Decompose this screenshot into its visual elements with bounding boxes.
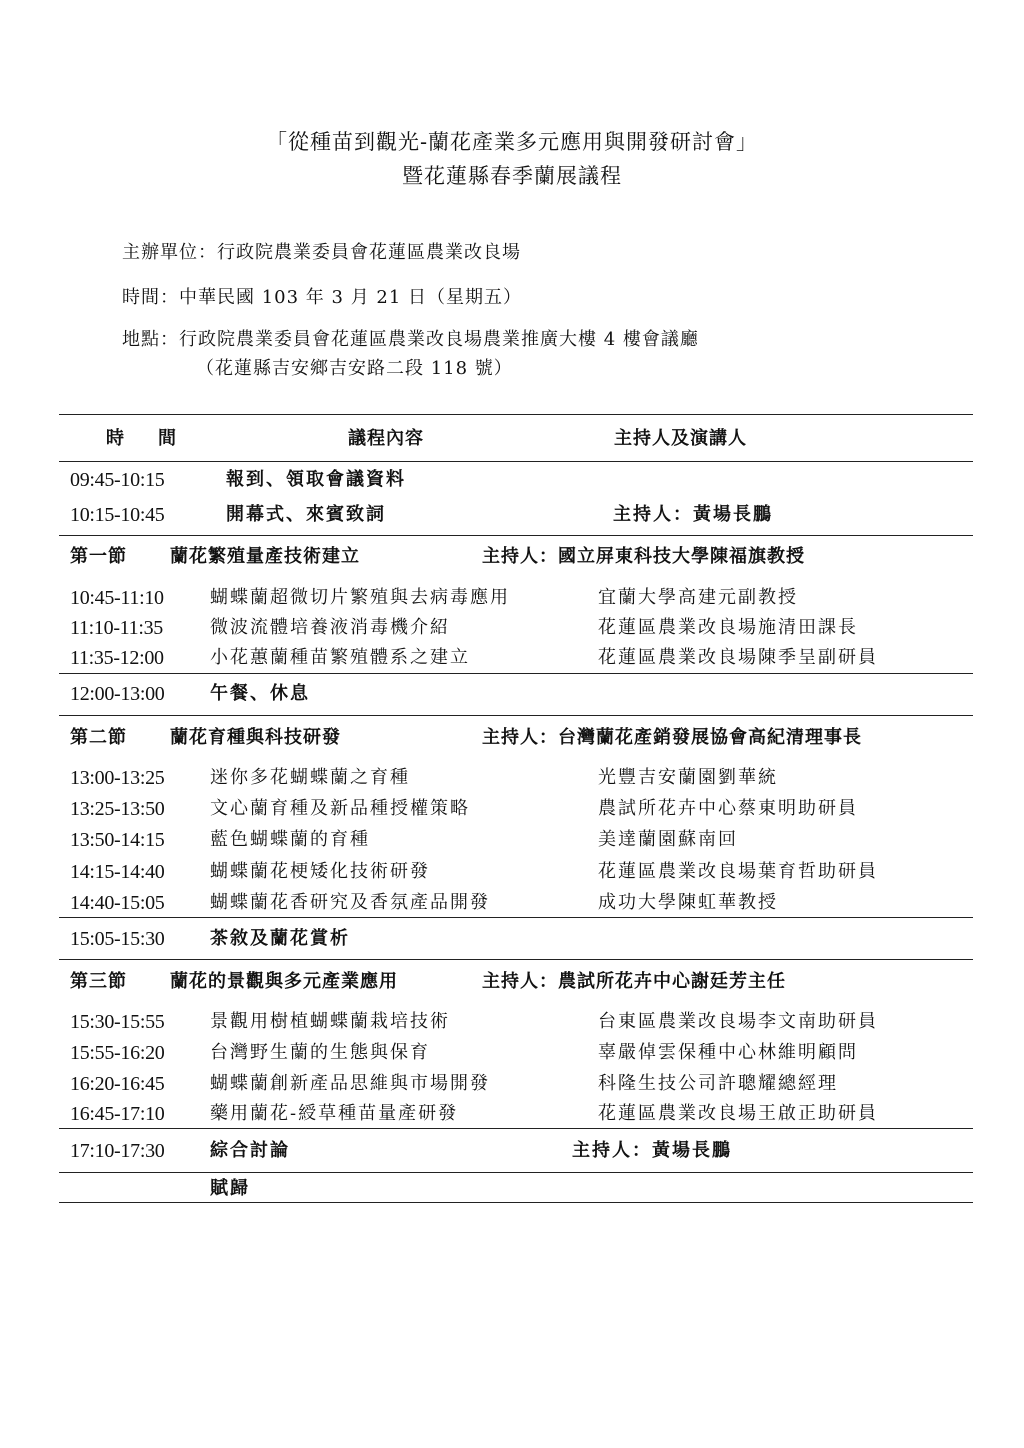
table-row: 10:15-10:45 開幕式、來賓致詞 主持人：黃場長鵬	[70, 500, 970, 530]
row-time: 15:05-15:30	[70, 924, 164, 954]
row-time: 15:30-15:55	[70, 1007, 164, 1037]
table-row: 13:50-14:15 藍色蝴蝶蘭的育種 美達蘭園蘇南回	[70, 825, 970, 855]
section-rule	[59, 959, 973, 960]
section-host: 主持人：國立屏東科技大學陳福旗教授	[482, 542, 805, 572]
row-speaker: 宜蘭大學高建元副教授	[598, 583, 798, 613]
table-row: 13:00-13:25 迷你多花蝴蝶蘭之育種 光豐吉安蘭園劉華統	[70, 763, 970, 793]
row-rule	[59, 1172, 973, 1173]
row-topic: 景觀用樹植蝴蝶蘭栽培技術	[210, 1007, 450, 1037]
section-number: 第一節	[70, 542, 127, 572]
row-speaker: 主持人：黃場長鵬	[572, 1136, 732, 1166]
row-rule	[59, 917, 973, 918]
row-topic: 微波流體培養液消毒機介紹	[210, 613, 450, 643]
row-speaker: 成功大學陳虹華教授	[598, 888, 778, 918]
table-row: 10:45-11:10 蝴蝶蘭超微切片繁殖與去病毒應用 宜蘭大學高建元副教授	[70, 583, 970, 613]
header-content: 議程內容	[348, 424, 424, 454]
table-row: 16:45-17:10 藥用蘭花-綬草種苗量產研發 花蓮區農業改良場王啟正助研員	[70, 1099, 970, 1129]
row-topic: 午餐、休息	[210, 679, 310, 709]
row-speaker: 科隆生技公司許聰耀總經理	[598, 1069, 838, 1099]
break-row: 15:05-15:30 茶敘及蘭花賞析	[70, 924, 970, 954]
row-speaker: 台東區農業改良場李文南助研員	[598, 1007, 878, 1037]
row-topic: 綜合討論	[210, 1136, 290, 1166]
row-speaker: 光豐吉安蘭園劉華統	[598, 763, 778, 793]
table-row: 15:55-16:20 台灣野生蘭的生態與保育 辜嚴倬雲保種中心林維明顧問	[70, 1038, 970, 1068]
row-time: 16:20-16:45	[70, 1069, 164, 1099]
closing-row: 17:10-17:30 綜合討論 主持人：黃場長鵬	[70, 1136, 970, 1166]
section-rule	[59, 715, 973, 716]
table-row: 09:45-10:15 報到、領取會議資料	[70, 465, 970, 495]
section-number: 第二節	[70, 723, 127, 753]
table-row: 11:10-11:35 微波流體培養液消毒機介紹 花蓮區農業改良場施清田課長	[70, 613, 970, 643]
row-speaker: 美達蘭園蘇南回	[598, 825, 738, 855]
row-rule	[59, 1128, 973, 1129]
row-topic: 迷你多花蝴蝶蘭之育種	[210, 763, 410, 793]
section-host: 主持人：台灣蘭花產銷發展協會高紀清理事長	[482, 723, 862, 753]
row-topic: 茶敘及蘭花賞析	[210, 924, 350, 954]
section-rule	[59, 535, 973, 536]
row-topic: 台灣野生蘭的生態與保育	[210, 1038, 430, 1068]
header-speaker: 主持人及演講人	[614, 424, 747, 454]
header-rule	[59, 461, 973, 462]
table-bottom-rule	[59, 1202, 973, 1203]
section-title: 蘭花的景觀與多元產業應用	[170, 967, 398, 997]
location-info: 地點：行政院農業委員會花蓮區農業改良場農業推廣大樓 4 樓會議廳	[122, 326, 699, 354]
row-time: 13:00-13:25	[70, 763, 164, 793]
time-info: 時間：中華民國 103 年 3 月 21 日（星期五）	[122, 284, 522, 312]
location-address: （花蓮縣吉安鄉吉安路二段 118 號）	[196, 355, 513, 383]
section-host: 主持人：農試所花卉中心謝廷芳主任	[482, 967, 786, 997]
row-topic: 賦歸	[210, 1174, 250, 1204]
break-row: 12:00-13:00 午餐、休息	[70, 679, 970, 709]
closing-row: 賦歸	[70, 1174, 970, 1204]
row-time: 10:15-10:45	[70, 500, 164, 530]
section-number: 第三節	[70, 967, 127, 997]
row-rule	[59, 673, 973, 674]
row-speaker: 花蓮區農業改良場施清田課長	[598, 613, 858, 643]
row-time: 10:45-11:10	[70, 583, 164, 613]
row-time: 14:15-14:40	[70, 857, 164, 887]
section-1-header: 第一節 蘭花繁殖量產技術建立 主持人：國立屏東科技大學陳福旗教授	[70, 542, 970, 572]
row-time: 13:25-13:50	[70, 794, 164, 824]
row-time: 15:55-16:20	[70, 1038, 164, 1068]
document-title-line2: 暨花蓮縣春季蘭展議程	[0, 160, 1024, 192]
row-topic: 開幕式、來賓致詞	[226, 500, 386, 530]
table-row: 15:30-15:55 景觀用樹植蝴蝶蘭栽培技術 台東區農業改良場李文南助研員	[70, 1007, 970, 1037]
document-title-line1: 「從種苗到觀光-蘭花產業多元應用與開發研討會」	[0, 126, 1024, 158]
row-time: 14:40-15:05	[70, 888, 164, 918]
row-topic: 報到、領取會議資料	[226, 465, 406, 495]
section-title: 蘭花繁殖量產技術建立	[170, 542, 360, 572]
row-speaker: 花蓮區農業改良場葉育哲助研員	[598, 857, 878, 887]
section-2-header: 第二節 蘭花育種與科技研發 主持人：台灣蘭花產銷發展協會高紀清理事長	[70, 723, 970, 753]
row-topic: 小花蕙蘭種苗繁殖體系之建立	[210, 643, 470, 673]
row-time: 16:45-17:10	[70, 1099, 164, 1129]
table-row: 14:40-15:05 蝴蝶蘭花香研究及香氛產品開發 成功大學陳虹華教授	[70, 888, 970, 918]
table-row: 11:35-12:00 小花蕙蘭種苗繁殖體系之建立 花蓮區農業改良場陳季呈副研員	[70, 643, 970, 673]
organizer-info: 主辦單位：行政院農業委員會花蓮區農業改良場	[122, 239, 521, 267]
row-time: 12:00-13:00	[70, 679, 164, 709]
row-topic: 蝴蝶蘭創新產品思維與市場開發	[210, 1069, 490, 1099]
row-speaker: 農試所花卉中心蔡東明助研員	[598, 794, 858, 824]
row-time: 11:10-11:35	[70, 613, 163, 643]
section-3-header: 第三節 蘭花的景觀與多元產業應用 主持人：農試所花卉中心謝廷芳主任	[70, 967, 970, 997]
row-time: 13:50-14:15	[70, 825, 164, 855]
row-speaker: 主持人：黃場長鵬	[613, 500, 773, 530]
row-topic: 文心蘭育種及新品種授權策略	[210, 794, 470, 824]
row-speaker: 辜嚴倬雲保種中心林維明顧問	[598, 1038, 858, 1068]
table-row: 13:25-13:50 文心蘭育種及新品種授權策略 農試所花卉中心蔡東明助研員	[70, 794, 970, 824]
table-row: 14:15-14:40 蝴蝶蘭花梗矮化技術研發 花蓮區農業改良場葉育哲助研員	[70, 857, 970, 887]
row-topic: 藥用蘭花-綬草種苗量產研發	[210, 1099, 458, 1129]
row-speaker: 花蓮區農業改良場陳季呈副研員	[598, 643, 878, 673]
row-topic: 蝴蝶蘭花梗矮化技術研發	[210, 857, 430, 887]
row-topic: 蝴蝶蘭花香研究及香氛產品開發	[210, 888, 490, 918]
section-title: 蘭花育種與科技研發	[170, 723, 341, 753]
row-topic: 藍色蝴蝶蘭的育種	[210, 825, 370, 855]
row-time: 09:45-10:15	[70, 465, 164, 495]
row-speaker: 花蓮區農業改良場王啟正助研員	[598, 1099, 878, 1129]
table-top-rule	[59, 414, 973, 415]
table-row: 16:20-16:45 蝴蝶蘭創新產品思維與市場開發 科隆生技公司許聰耀總經理	[70, 1069, 970, 1099]
row-time: 17:10-17:30	[70, 1136, 164, 1166]
header-time: 時 間	[106, 424, 184, 454]
row-topic: 蝴蝶蘭超微切片繁殖與去病毒應用	[210, 583, 510, 613]
row-time: 11:35-12:00	[70, 643, 164, 673]
